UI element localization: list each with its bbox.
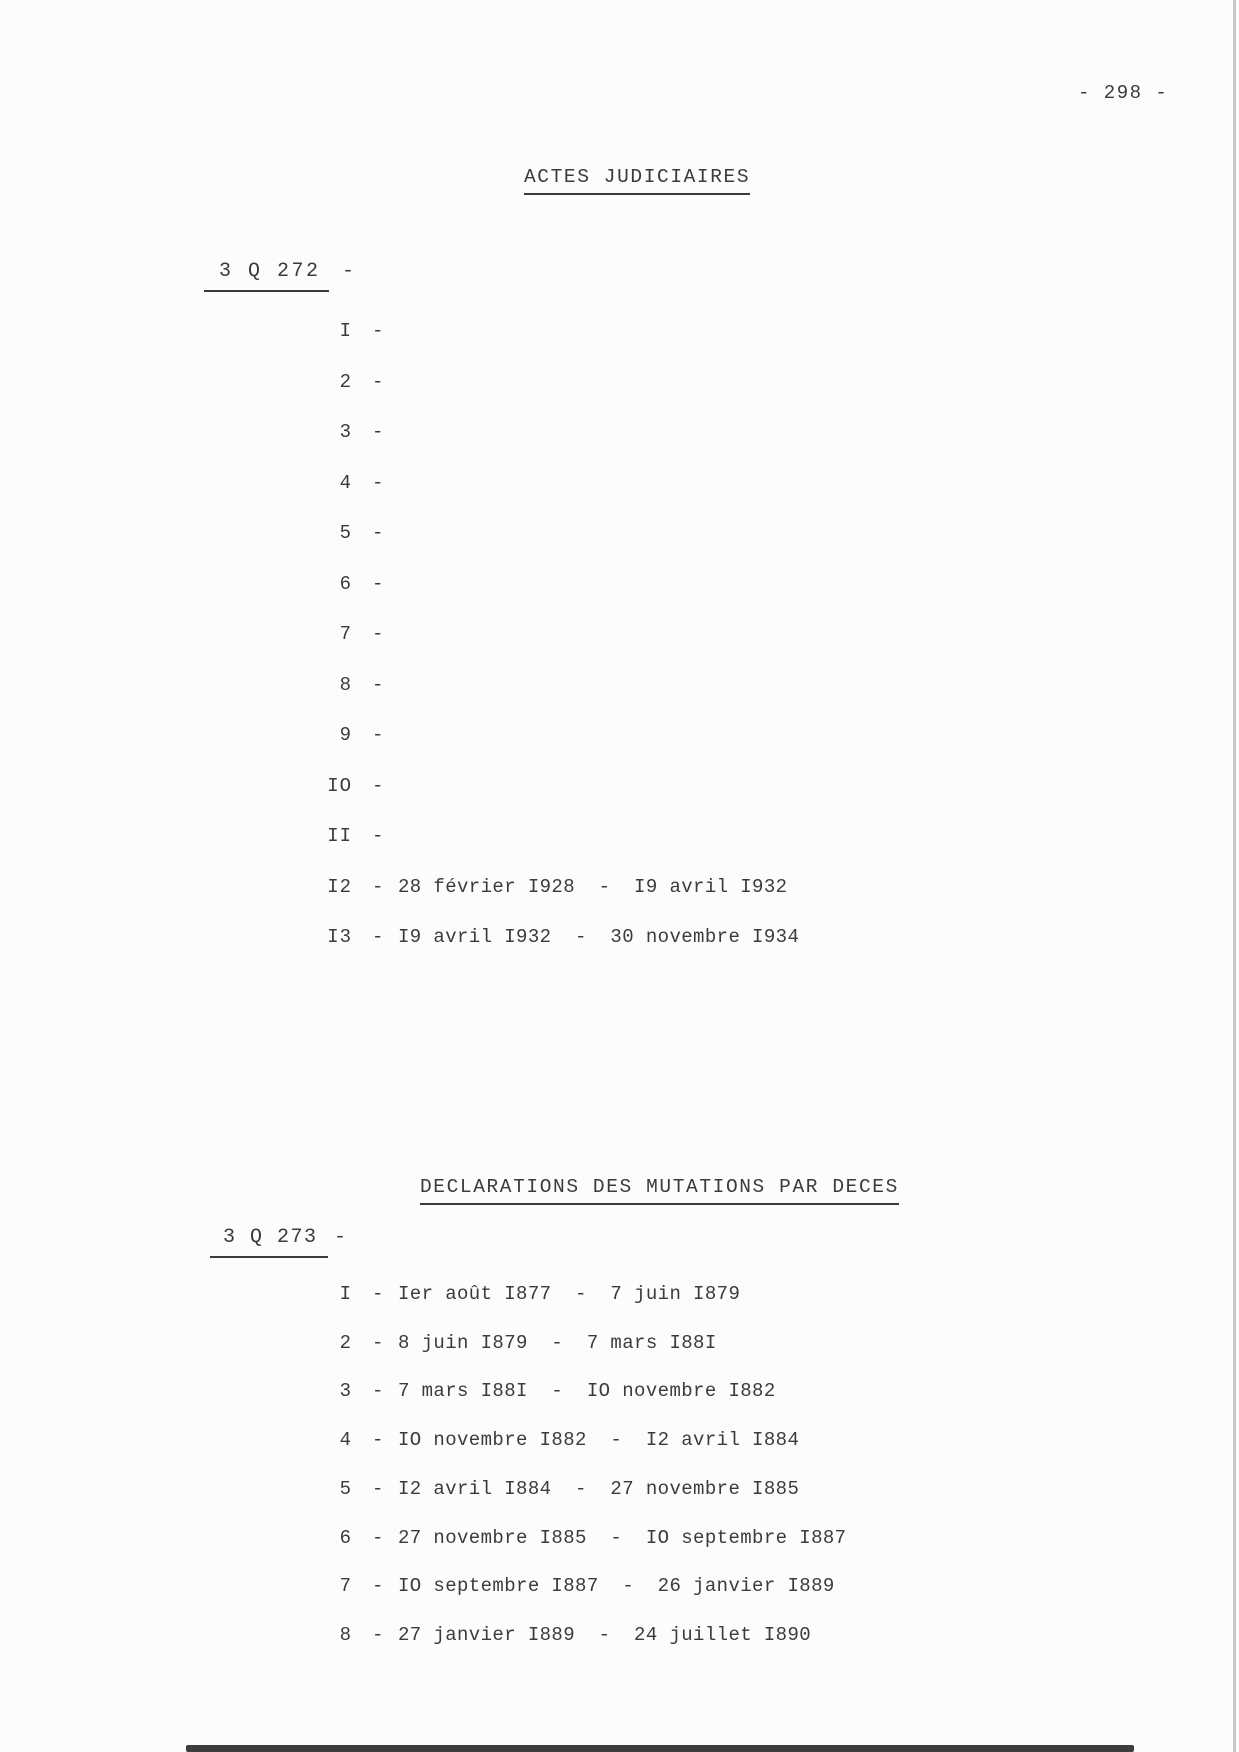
item-number: 5: [272, 522, 352, 544]
item-dash: -: [372, 674, 383, 696]
item-number: 6: [272, 573, 352, 595]
item-number: 4: [272, 1429, 352, 1451]
item-number: 2: [272, 371, 352, 393]
item-number: 9: [272, 724, 352, 746]
scan-edge-line: [1233, 0, 1236, 1752]
item-number: 7: [272, 623, 352, 645]
list-item: 8 - 27 janvier I889 - 24 juillet I890: [0, 1624, 1239, 1650]
item-number: 8: [272, 1624, 352, 1646]
dash: -: [334, 1226, 346, 1249]
item-dash: -: [372, 775, 383, 797]
item-number: I2: [272, 876, 352, 898]
list-item: 7 - IO septembre I887 - 26 janvier I889: [0, 1575, 1239, 1601]
item-dash: -: [372, 1527, 383, 1549]
list-item: 3 - 7 mars I88I - IO novembre I882: [0, 1380, 1239, 1406]
list-item: 2 - 8 juin I879 - 7 mars I88I: [0, 1332, 1239, 1358]
item-number: 2: [272, 1332, 352, 1354]
item-date-range: 28 février I928 - I9 avril I932: [398, 876, 787, 898]
item-number: I3: [272, 926, 352, 948]
list-item: IO -: [0, 775, 1239, 801]
item-date-range: 27 janvier I889 - 24 juillet I890: [398, 1624, 811, 1646]
dash: -: [342, 260, 354, 283]
item-dash: -: [372, 1478, 383, 1500]
list-item: 2 -: [0, 371, 1239, 397]
item-dash: -: [372, 421, 383, 443]
item-dash: -: [372, 320, 383, 342]
section-title-declarations-mutations-deces: DECLARATIONS DES MUTATIONS PAR DECES: [420, 1176, 899, 1205]
list-item: 4 - IO novembre I882 - I2 avril I884: [0, 1429, 1239, 1455]
list-item: 9 -: [0, 724, 1239, 750]
item-date-range: IO novembre I882 - I2 avril I884: [398, 1429, 799, 1451]
item-dash: -: [372, 926, 383, 948]
list-item: 5 - I2 avril I884 - 27 novembre I885: [0, 1478, 1239, 1504]
item-date-range: Ier août I877 - 7 juin I879: [398, 1283, 740, 1305]
item-dash: -: [372, 876, 383, 898]
page-number: - 298 -: [1078, 82, 1168, 104]
item-dash: -: [372, 472, 383, 494]
list-item: 5 -: [0, 522, 1239, 548]
item-dash: -: [372, 1283, 383, 1305]
item-number: I: [272, 1283, 352, 1305]
item-number: 8: [272, 674, 352, 696]
item-date-range: I2 avril I884 - 27 novembre I885: [398, 1478, 799, 1500]
item-number: 3: [272, 1380, 352, 1402]
list-item: 6 -: [0, 573, 1239, 599]
document-page: - 298 - ACTES JUDICIAIRES 3 Q 272 - I - …: [0, 0, 1239, 1752]
item-dash: -: [372, 371, 383, 393]
list-item: II -: [0, 825, 1239, 851]
item-number: IO: [272, 775, 352, 797]
item-date-range: 27 novembre I885 - IO septembre I887: [398, 1527, 846, 1549]
reference-code: 3 Q 272: [204, 260, 329, 292]
list-item: I -: [0, 320, 1239, 346]
item-dash: -: [372, 1624, 383, 1646]
reference-code: 3 Q 273: [210, 1226, 328, 1258]
item-number: 7: [272, 1575, 352, 1597]
item-number: 6: [272, 1527, 352, 1549]
list-item: 3 -: [0, 421, 1239, 447]
item-date-range: IO septembre I887 - 26 janvier I889: [398, 1575, 835, 1597]
item-dash: -: [372, 825, 383, 847]
item-dash: -: [372, 623, 383, 645]
scan-artifact-bar: [186, 1745, 1134, 1752]
list-item: I3 - I9 avril I932 - 30 novembre I934: [0, 926, 1239, 952]
list-item: I2 - 28 février I928 - I9 avril I932: [0, 876, 1239, 902]
item-dash: -: [372, 724, 383, 746]
item-number: I: [272, 320, 352, 342]
list-item: 6 - 27 novembre I885 - IO septembre I887: [0, 1527, 1239, 1553]
item-dash: -: [372, 1332, 383, 1354]
item-number: 4: [272, 472, 352, 494]
item-dash: -: [372, 1380, 383, 1402]
list-item: 8 -: [0, 674, 1239, 700]
section-title-actes-judiciaires: ACTES JUDICIAIRES: [524, 166, 750, 195]
item-number: II: [272, 825, 352, 847]
item-dash: -: [372, 1575, 383, 1597]
list-item: I - Ier août I877 - 7 juin I879: [0, 1283, 1239, 1309]
item-dash: -: [372, 1429, 383, 1451]
item-date-range: I9 avril I932 - 30 novembre I934: [398, 926, 799, 948]
item-number: 5: [272, 1478, 352, 1500]
item-date-range: 8 juin I879 - 7 mars I88I: [398, 1332, 717, 1354]
item-number: 3: [272, 421, 352, 443]
list-item: 7 -: [0, 623, 1239, 649]
item-dash: -: [372, 522, 383, 544]
list-item: 4 -: [0, 472, 1239, 498]
item-dash: -: [372, 573, 383, 595]
item-date-range: 7 mars I88I - IO novembre I882: [398, 1380, 776, 1402]
